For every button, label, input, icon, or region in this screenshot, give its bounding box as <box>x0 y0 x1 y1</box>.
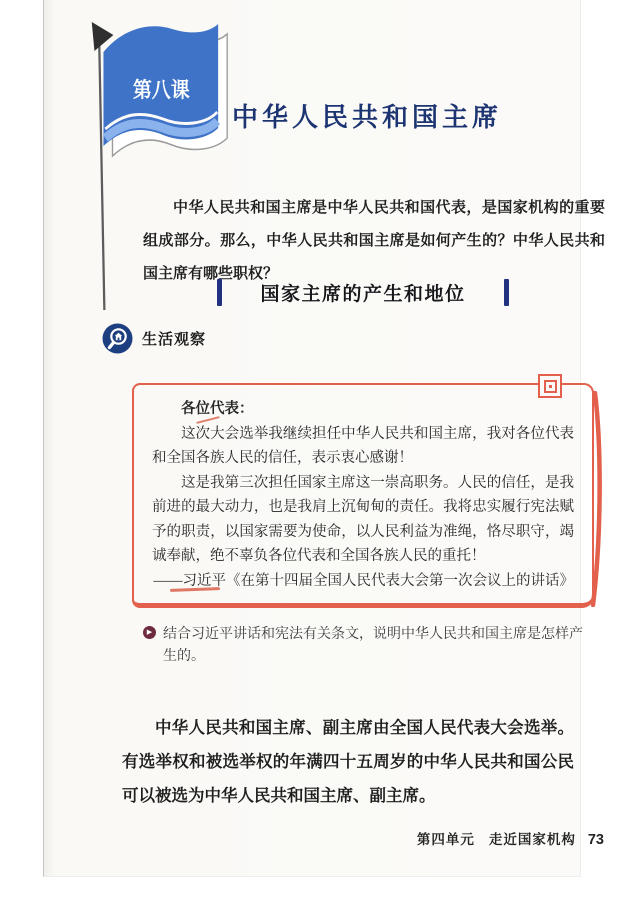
quote-box: 各位代表： 这次大会选举我继续担任中华人民共和国主席，我对各位代表和全国各族人民… <box>132 383 594 608</box>
footer-unit: 第四单元 <box>417 832 475 847</box>
intro-paragraph: 中华人民共和国主席是中华人民共和国代表，是国家机构的重要组成部分。那么，中华人民… <box>143 191 605 290</box>
lesson-badge: 第八课 <box>133 77 190 102</box>
section-title: 国家主席的产生和地位 <box>260 279 465 306</box>
task-text: 结合习近平讲话和宪法有关条文，说明中华人民共和国主席是怎样产生的。 <box>163 622 595 666</box>
page-footer: 第四单元走近国家机构73 <box>304 828 604 848</box>
activity-row: 生活观察 <box>102 323 206 354</box>
meander-corner-icon <box>536 372 566 402</box>
activity-label: 生活观察 <box>142 328 206 349</box>
task-row: ▶ 结合习近平讲话和宪法有关条文，说明中华人民共和国主席是怎样产生的。 <box>143 622 595 666</box>
section-bar-right <box>504 279 509 306</box>
quote-paragraph: 这是我第三次担任国家主席这一崇高职务。人民的信任，是我前进的最大动力，也是我肩上… <box>152 471 574 569</box>
play-circle-bullet-icon: ▶ <box>143 626 156 639</box>
section-heading: 国家主席的产生和地位 <box>132 279 594 306</box>
book-page: 第八课 中华人民共和国主席 中华人民共和国主席是中华人民共和国代表，是国家机构的… <box>43 0 581 877</box>
page-title: 中华人民共和国主席 <box>232 97 502 134</box>
magnifier-house-icon <box>102 323 133 354</box>
footer-page-number: 73 <box>588 832 604 848</box>
quote-paragraph: 这次大会选举我继续担任中华人民共和国主席，我对各位代表和全国各族人民的信任，表示… <box>152 422 574 471</box>
textbook-page-photo: { "header": { "lesson_badge": "第八课", "ti… <box>0 0 640 909</box>
footer-chapter: 走近国家机构 <box>489 832 576 847</box>
brush-stroke-right <box>590 391 604 607</box>
section-bar-left <box>217 279 222 306</box>
body-paragraph: 中华人民共和国主席、副主席由全国人民代表大会选举。有选举权和被选举权的年满四十五… <box>122 711 574 813</box>
